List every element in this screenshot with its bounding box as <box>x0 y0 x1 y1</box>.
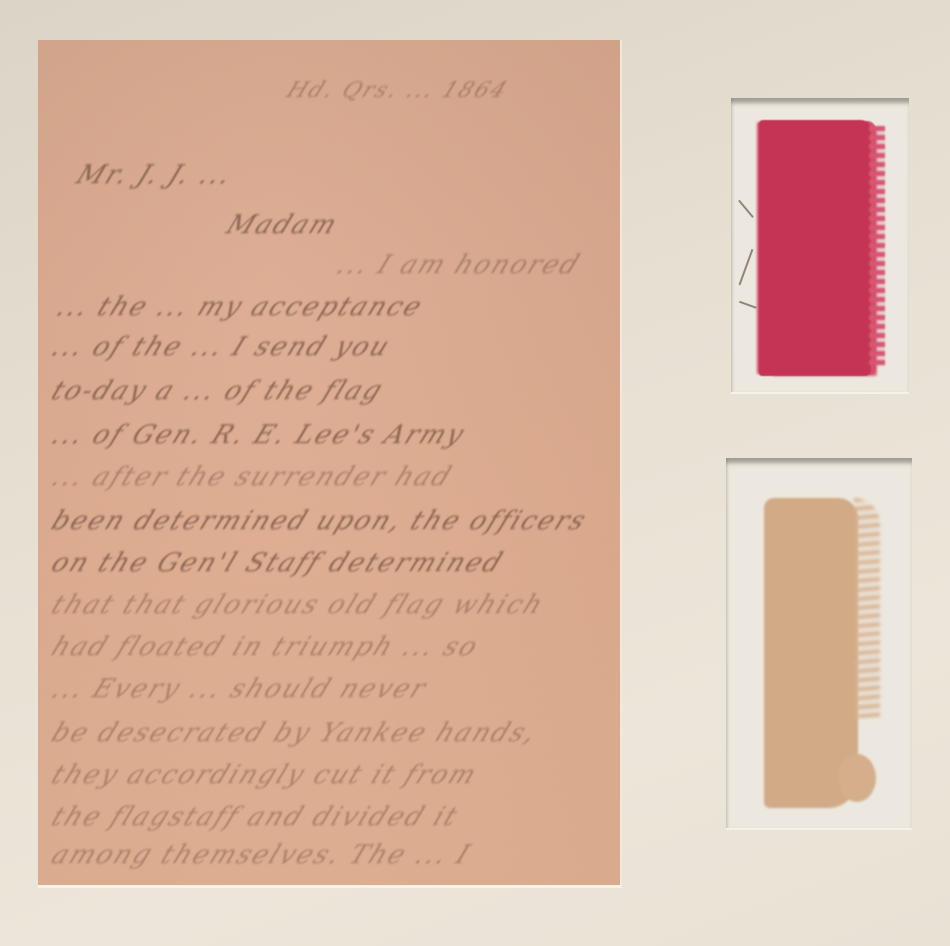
letter-line: among themselves. The ... I <box>47 840 476 870</box>
loose-thread <box>738 200 753 218</box>
letter-line: to-day a ... of the flag <box>47 376 388 406</box>
tan-swatch-window <box>726 458 912 830</box>
loose-thread <box>739 301 756 309</box>
red-fabric-swatch <box>759 120 871 376</box>
letter-line: ... of the ... I send you <box>47 332 396 362</box>
letter-line: Mr. J. J. ... <box>72 160 238 190</box>
letter-line: on the Gen'l Staff determined <box>47 548 509 578</box>
tan-fabric-swatch <box>764 498 858 808</box>
letter-line: ... the ... my acceptance <box>52 292 428 322</box>
letter-line: ... after the surrender had <box>47 462 457 492</box>
letter-line: they accordingly cut it from <box>47 760 482 790</box>
letter-line: ... of Gen. R. E. Lee's Army <box>47 420 470 450</box>
letter-dateline: Hd. Qrs. ... 1864 <box>283 78 512 103</box>
letter-line: been determined upon, the officers <box>47 506 592 536</box>
display-mat: Hd. Qrs. ... 1864 Mr. J. J. ... Madam ..… <box>0 0 950 946</box>
letter-window: Hd. Qrs. ... 1864 Mr. J. J. ... Madam ..… <box>38 40 622 888</box>
letter-line: ... I am honored <box>332 250 585 280</box>
letter-line: that that glorious old flag which <box>47 590 549 620</box>
red-swatch-window <box>731 98 909 394</box>
letter-line: ... Every ... should never <box>47 674 432 704</box>
letter-line: the flagstaff and divided it <box>47 802 464 832</box>
letter-line: be desecrated by Yankee hands, <box>47 718 542 748</box>
loose-thread <box>739 249 753 285</box>
letter-line: had floated in triumph ... so <box>47 632 484 662</box>
letter-salutation: Madam <box>222 210 343 240</box>
